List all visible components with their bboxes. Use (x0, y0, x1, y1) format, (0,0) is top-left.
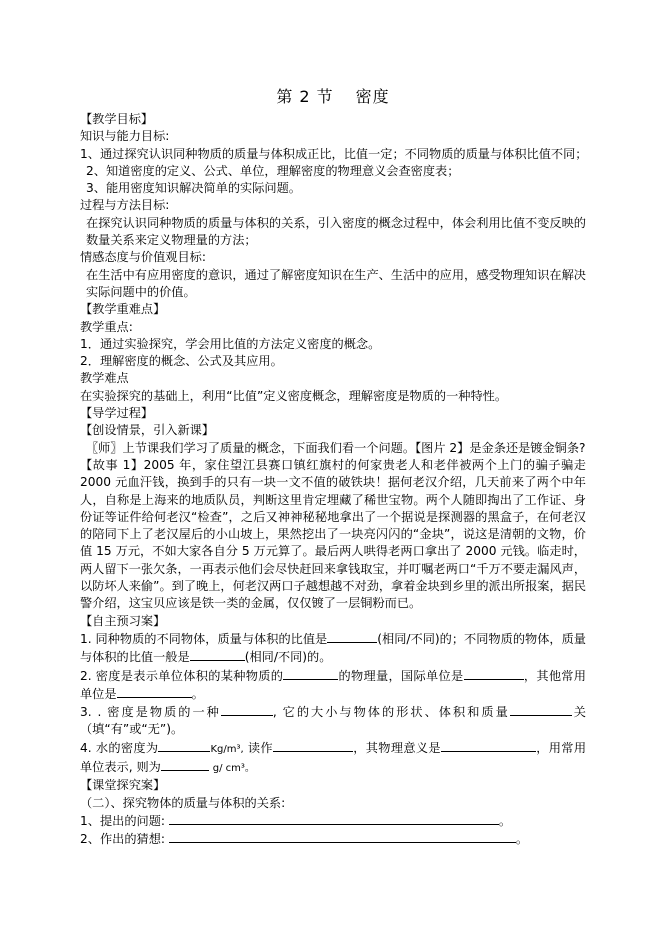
document-page: 第 2 节密度 【教学目标】 知识与能力目标: 1、通过探究认识同种物质的质量与… (80, 86, 586, 848)
blank-field[interactable] (169, 812, 499, 825)
process-section-heading: 【导学过程】 (80, 405, 586, 422)
blank-field[interactable] (327, 630, 377, 643)
story-text: 【故事 1】2005 年，家住望江县赛口镇红旗村的何家贵老人和老伴被两个上门的骗… (80, 457, 586, 613)
knowledge-heading: 知识与能力目标: (80, 128, 586, 145)
blank-field[interactable] (158, 739, 210, 752)
difficulty-heading: 教学难点 (80, 370, 586, 387)
knowledge-item-3: 3、能用密度知识解决简单的实际问题。 (80, 180, 586, 197)
focus-heading: 教学重点: (80, 319, 586, 336)
focus-item-1: 1．通过实验探究，学会用比值的方法定义密度的概念。 (80, 336, 586, 353)
preview-q1: 1. 同种物质的不同物体，质量与体积的比值是(相同/不同)的；不同物质的物体，质… (80, 630, 586, 667)
goals-heading: 【教学目标】 (80, 111, 586, 128)
blank-field[interactable] (161, 758, 209, 771)
process-heading: 过程与方法目标: (80, 197, 586, 214)
knowledge-item-1: 1、通过探究认识同种物质的质量与体积成正比，比值一定；不同物质的质量与体积比值不… (80, 146, 586, 163)
section-name: 密度 (356, 87, 390, 106)
preview-q3: 3. . 密度是物质的一种, 它的大小与物体的形状、体积和质量关（填“有”或“无… (80, 703, 586, 739)
blank-field[interactable] (273, 739, 353, 752)
preview-q2: 2. 密度是表示单位体积的某种物质的的物理量，国际单位是，其他常用单位是。 (80, 667, 586, 704)
section-number: 第 2 节 (276, 87, 333, 106)
intro-heading: 【创设情景，引入新课】 (80, 422, 586, 439)
blank-field[interactable] (221, 703, 273, 716)
emotion-heading: 情感态度与价值观目标: (80, 249, 586, 266)
page-title: 第 2 节密度 (80, 86, 586, 108)
classroom-heading: 【课堂探究案】 (80, 777, 586, 794)
focus-item-2: 2．理解密度的概念、公式及其应用。 (80, 353, 586, 370)
key-points-heading: 【教学重难点】 (80, 301, 586, 318)
blank-field[interactable] (441, 739, 536, 752)
emotion-text: 在生活中有应用密度的意识，通过了解密度知识在生产、生活中的应用，感受物理知识在解… (80, 267, 586, 302)
knowledge-item-2: 2、知道密度的定义、公式、单位，理解密度的物理意义会查密度表； (80, 163, 586, 180)
blank-field[interactable] (510, 703, 572, 716)
classroom-subheading: （二）、探究物体的质量与体积的关系: (80, 795, 586, 812)
process-text: 在探究认识同种物质的质量与体积的关系，引入密度的概念过程中，体会利用比值不变反映… (80, 215, 586, 250)
preview-q4: 4. 水的密度为Kg/m³, 读作，其物理意义是，用常用单位表示, 则为 g/ … (80, 739, 586, 778)
classroom-item-2: 2、作出的猜想: 。 (80, 830, 586, 848)
blank-field[interactable] (169, 830, 516, 843)
classroom-item-1: 1、提出的问题: 。 (80, 812, 586, 830)
blank-field[interactable] (283, 667, 338, 680)
blank-field[interactable] (464, 667, 524, 680)
blank-field[interactable] (190, 648, 245, 661)
difficulty-text: 在实验探究的基础上，利用“比值”定义密度概念，理解密度是物质的一种特性。 (80, 388, 586, 405)
blank-field[interactable] (117, 685, 192, 698)
teacher-line: 〖师〗上节课我们学习了质量的概念，下面我们看一个问题。【图片 2】是金条还是镀金… (80, 440, 586, 457)
preview-heading: 【自主预习案】 (80, 613, 586, 630)
